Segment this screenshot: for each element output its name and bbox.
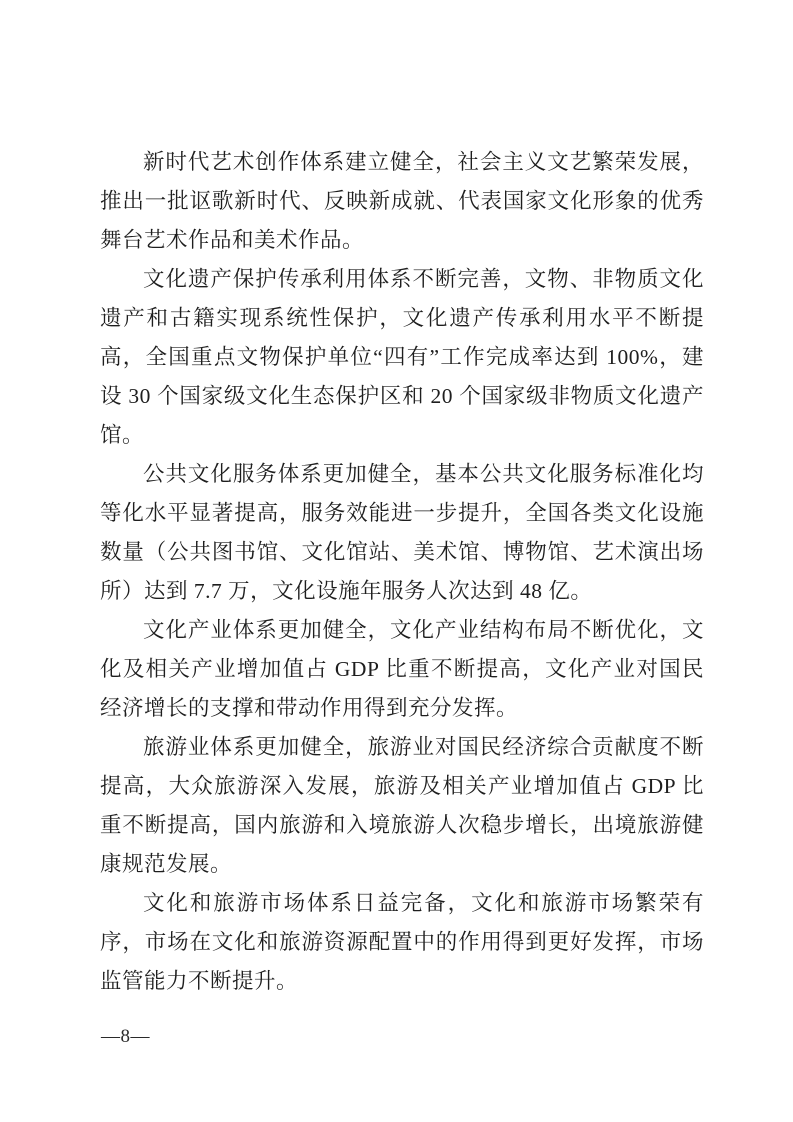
paragraph-tourism-industry: 旅游业体系更加健全，旅游业对国民经济综合贡献度不断提高，大众旅游深入发展，旅游及… [100, 728, 704, 884]
paragraph-market-system: 文化和旅游市场体系日益完备，文化和旅游市场繁荣有序，市场在文化和旅游资源配置中的… [100, 884, 704, 1001]
paragraph-culture-industry: 文化产业体系更加健全，文化产业结构布局不断优化，文化及相关产业增加值占 GDP … [100, 611, 704, 728]
document-page: 新时代艺术创作体系建立健全，社会主义文艺繁荣发展，推出一批讴歌新时代、反映新成就… [0, 0, 793, 1122]
page-number: —8— [101, 1025, 150, 1049]
paragraph-cultural-heritage: 文化遗产保护传承利用体系不断完善，文物、非物质文化遗产和古籍实现系统性保护，文化… [100, 260, 704, 455]
paragraph-art-creation: 新时代艺术创作体系建立健全，社会主义文艺繁荣发展，推出一批讴歌新时代、反映新成就… [100, 143, 704, 260]
document-body: 新时代艺术创作体系建立健全，社会主义文艺繁荣发展，推出一批讴歌新时代、反映新成就… [100, 143, 704, 1001]
paragraph-public-culture-services: 公共文化服务体系更加健全，基本公共文化服务标准化均等化水平显著提高，服务效能进一… [100, 455, 704, 611]
